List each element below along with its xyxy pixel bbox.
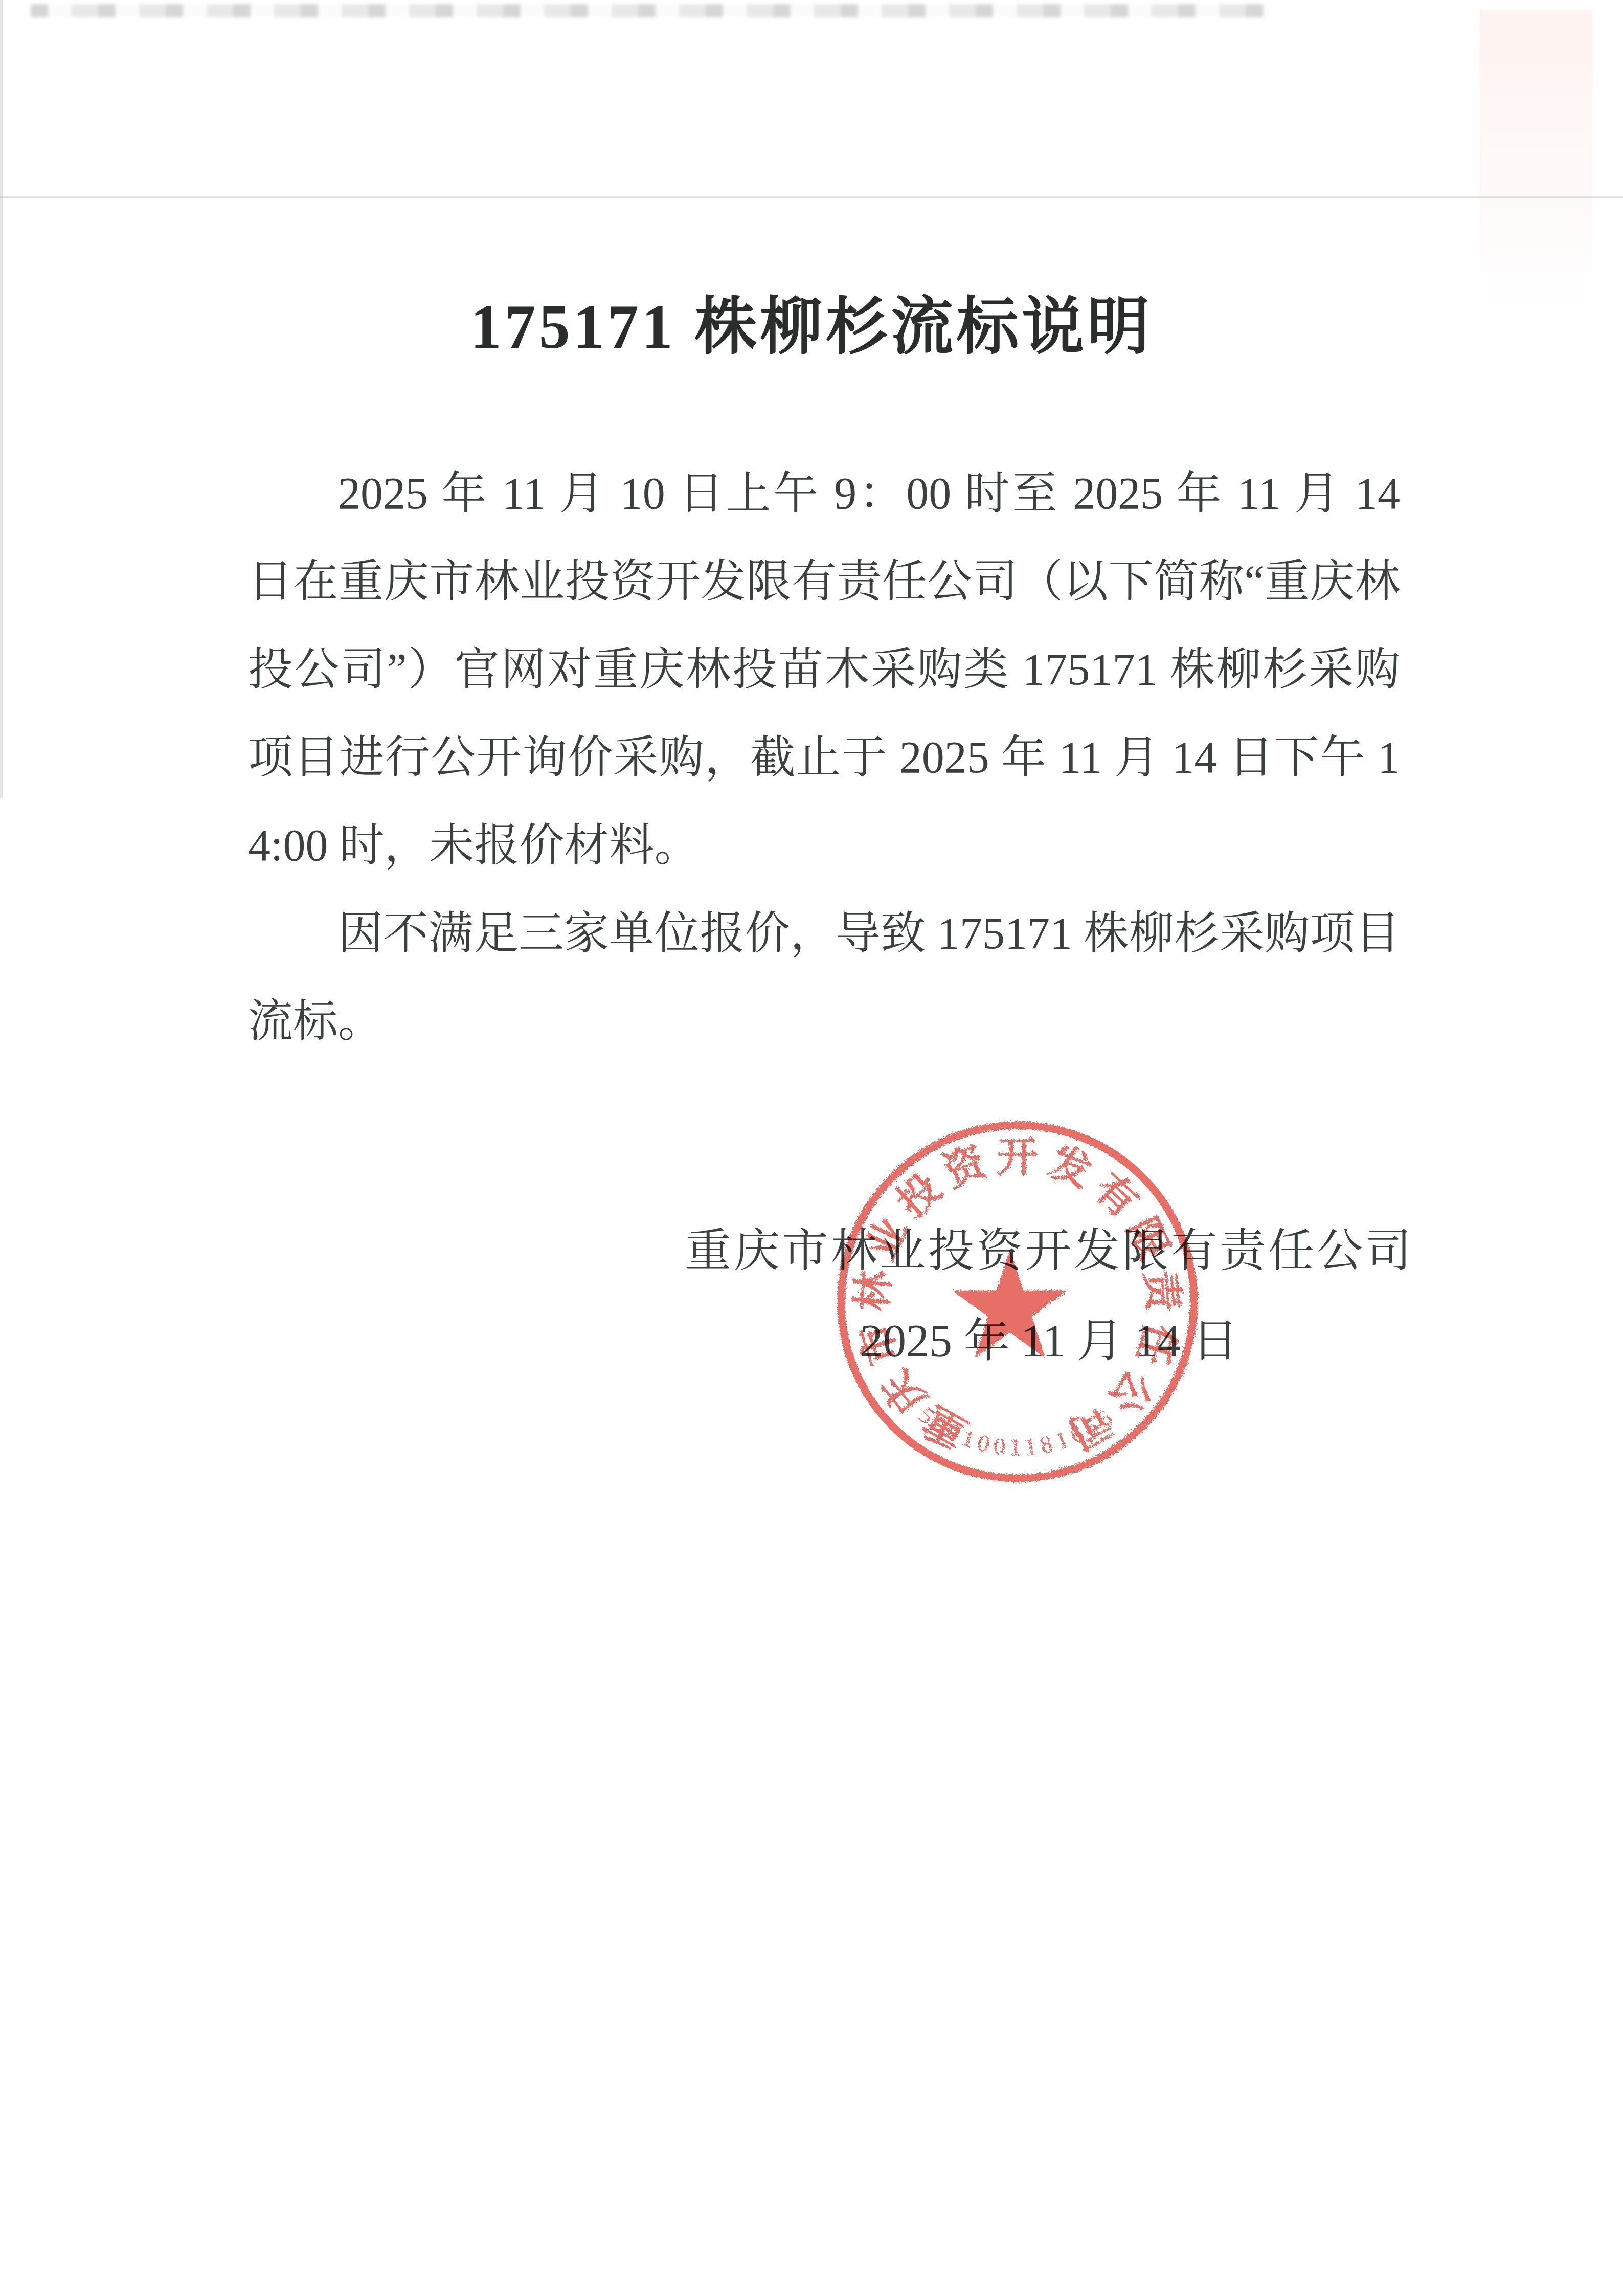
seal-ring-char: 市: [852, 1318, 908, 1370]
scan-artifact-left-edge: [0, 0, 3, 798]
red-star-icon: [953, 1249, 1067, 1358]
seal-ring-char: 林: [850, 1268, 898, 1313]
paragraph-bid-failure: 因不满足三家单位报价，导致 175171 株柳杉采购项目流标。: [248, 890, 1400, 1066]
seal-ring-char: 任: [1128, 1318, 1183, 1370]
seal-ring-char: 资: [938, 1139, 993, 1196]
seal-ring-char: 开: [997, 1135, 1038, 1180]
scan-artifact-top-band: [31, 4, 1268, 17]
seal-ring-char: 发: [1043, 1139, 1098, 1196]
scanned-document-page: 175171 株柳杉流标说明 2025 年 11 月 10 日上午 9：00 时…: [0, 0, 1623, 2296]
official-company-seal: 重 庆 市 林 业 投 资 开 发 有 限 责 任 公 司 5001001181…: [833, 1118, 1202, 1486]
scan-artifact-hairline: [0, 196, 1623, 198]
document-body: 2025 年 11 月 10 日上午 9：00 时至 2025 年 11 月 1…: [248, 450, 1400, 1066]
seal-ring-char: 业: [859, 1211, 917, 1267]
seal-ring-char: 责: [1137, 1269, 1185, 1315]
document-title: 175171 株柳杉流标说明: [0, 276, 1623, 366]
paragraph-bid-period: 2025 年 11 月 10 日上午 9：00 时至 2025 年 11 月 1…: [248, 450, 1400, 890]
seal-ring-char: 限: [1118, 1211, 1177, 1267]
